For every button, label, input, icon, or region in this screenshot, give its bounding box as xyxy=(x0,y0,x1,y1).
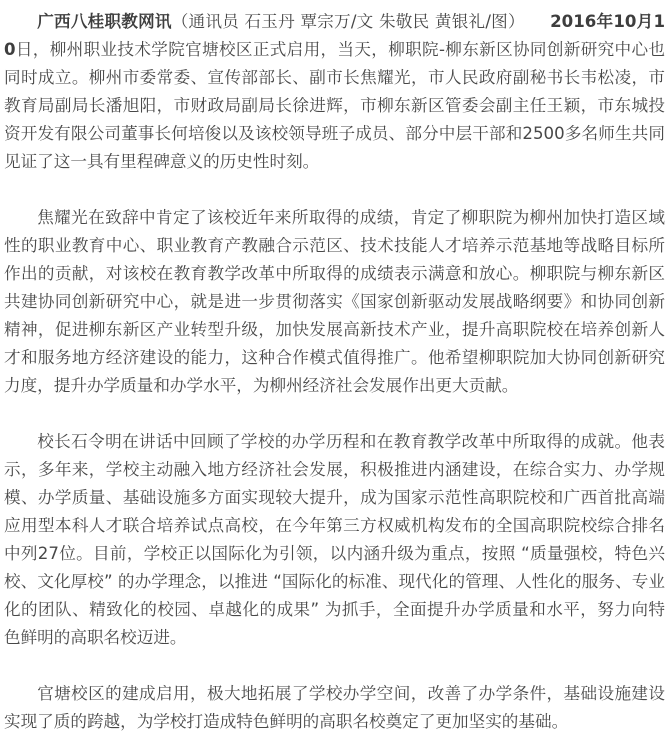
byline-text: （通讯员 石玉丹 覃宗万/文 朱敬民 黄银礼/图） xyxy=(172,12,550,31)
paragraph-text: 官塘校区的建成启用，极大地拓展了学校办学空间，改善了办学条件，基础设施建设实现了… xyxy=(4,684,665,731)
paragraph-text: 校长石令明在讲话中回顾了学校的办学历程和在教育教学改革中所取得的成就。他表示，多… xyxy=(4,432,665,647)
paragraph-text: 日，柳州职业技术学院官塘校区正式启用，当天，柳职院-柳东新区协同创新研究中心也同… xyxy=(4,40,665,171)
paragraph: 焦耀光在致辞中肯定了该校近年来所取得的成绩，肯定了柳职院为柳州加快打造区域性的职… xyxy=(4,204,665,400)
news-source-label: 广西八桂职教网讯 xyxy=(37,12,172,31)
paragraph-lead: 广西八桂职教网讯（通讯员 石玉丹 覃宗万/文 朱敬民 黄银礼/图） 2016年1… xyxy=(4,8,665,176)
article-body: 广西八桂职教网讯（通讯员 石玉丹 覃宗万/文 朱敬民 黄银礼/图） 2016年1… xyxy=(0,0,671,740)
paragraph: 官塘校区的建成启用，极大地拓展了学校办学空间，改善了办学条件，基础设施建设实现了… xyxy=(4,680,665,736)
paragraph-text: 焦耀光在致辞中肯定了该校近年来所取得的成绩，肯定了柳职院为柳州加快打造区域性的职… xyxy=(4,208,665,395)
paragraph: 校长石令明在讲话中回顾了学校的办学历程和在教育教学改革中所取得的成就。他表示，多… xyxy=(4,428,665,652)
